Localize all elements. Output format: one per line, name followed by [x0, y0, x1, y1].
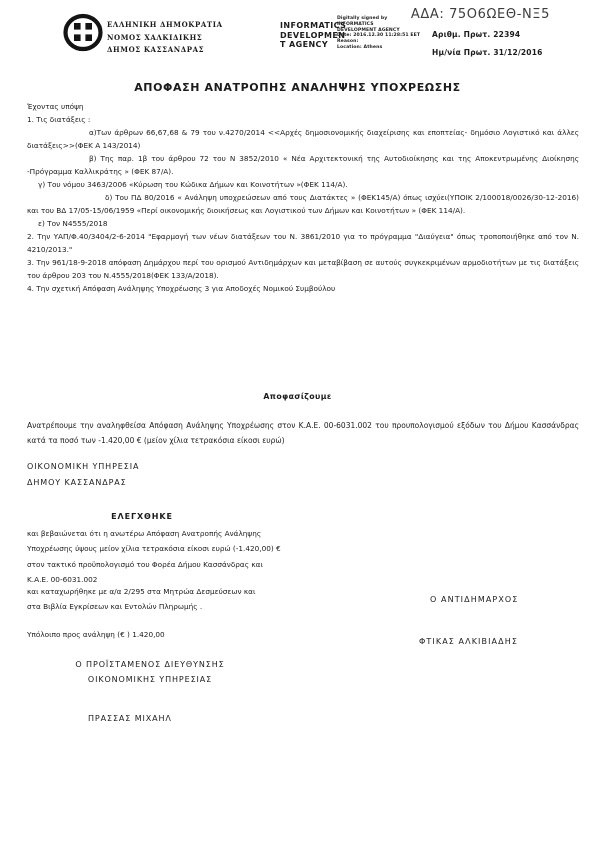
document-page: ΕΛΛΗΝΙΚΗ ΔΗΜΟΚΡΑΤΙΑ ΝΟΜΟΣ ΧΑΛΚΙΔΙΚΗΣ ΔΗΜ…: [0, 0, 595, 842]
finance-director-name: ΠΡΑΣΣΑΣ ΜΙΧΑΗΛ: [88, 714, 172, 723]
finance-director-title-line1: Ο ΠΡΟΪΣΤΑΜΕΝΟΣ ΔΙΕΥΘΥΝΣΗΣ: [50, 658, 250, 673]
finance-director-title-line2: ΟΙΚΟΝΟΜΙΚΗΣ ΥΠΗΡΕΣΙΑΣ: [50, 673, 250, 688]
preamble-item-1a: α)Των άρθρων 66,67,68 & 79 του ν.4270/20…: [27, 126, 579, 152]
org-line-republic: ΕΛΛΗΝΙΚΗ ΔΗΜΟΚΡΑΤΙΑ: [107, 19, 223, 32]
preamble-item-3: 3. Την 961/18-9-2018 απόφαση Δημάρχου πε…: [27, 256, 579, 282]
stamp-line: Location: Athens: [337, 45, 420, 51]
issuing-authority: ΕΛΛΗΝΙΚΗ ΔΗΜΟΚΡΑΤΙΑ ΝΟΜΟΣ ΧΑΛΚΙΔΙΚΗΣ ΔΗΜ…: [107, 19, 223, 57]
preamble-item-1b: β) Της παρ. 1β του άρθρου 72 του Ν 3852/…: [27, 152, 579, 178]
protocol-block: Αριθμ. Πρωτ. 22394 Ημ/νία Πρωτ. 31/12/20…: [432, 26, 543, 61]
document-title: ΑΠΟΦΑΣΗ ΑΝΑΤΡΟΠΗΣ ΑΝΑΛΗΨΗΣ ΥΠΟΧΡΕΩΣΗΣ: [0, 81, 595, 94]
preamble-item-1e: ε) Τον Ν4555/2018: [27, 217, 579, 230]
finance-service-block: ΟΙΚΟΝΟΜΙΚΗ ΥΠΗΡΕΣΙΑ ΔΗΜΟΥ ΚΑΣΣΑΝΔΡΑΣ: [27, 459, 139, 490]
decision-heading: Αποφασίζουμε: [0, 392, 595, 401]
org-line-municipality: ΔΗΜΟΣ ΚΑΣΣΑΝΔΡΑΣ: [107, 44, 223, 57]
preamble-item-1: 1. Τις διατάξεις :: [27, 113, 579, 126]
preamble-item-4: 4. Την σχετική Απόφαση Ανάληψης Υποχρέωσ…: [27, 282, 579, 295]
greek-coat-of-arms-icon: [62, 13, 104, 53]
deputy-mayor-name: ΦΤΙΚΑΣ ΑΛΚΙΒΙΑΔΗΣ: [419, 637, 518, 646]
deputy-mayor-title: Ο ΑΝΤΙΔΗΜΑΡΧΟΣ: [430, 595, 518, 604]
preamble-item-2: 2. Την ΥΑΠ/Φ.40/3404/2-6-2014 "Εφαρμογή …: [27, 230, 579, 256]
decision-body: Ανατρέπουμε την αναληφθείσα Απόφαση Ανάλ…: [27, 418, 579, 448]
finance-service-line1: ΟΙΚΟΝΟΜΙΚΗ ΥΠΗΡΕΣΙΑ: [27, 459, 139, 475]
protocol-number: Αριθμ. Πρωτ. 22394: [432, 26, 543, 44]
balance-remaining-text: Υπόλοιπο προς ανάληψη (€ ) 1.420,00: [27, 630, 165, 639]
preamble-item-1c: γ) Του νόμου 3463/2006 «Κύρωση του Κώδικ…: [27, 178, 579, 191]
finance-director-title: Ο ΠΡΟΪΣΤΑΜΕΝΟΣ ΔΙΕΥΘΥΝΣΗΣ ΟΙΚΟΝΟΜΙΚΗΣ ΥΠ…: [50, 658, 250, 687]
org-line-prefecture: ΝΟΜΟΣ ΧΑΛΚΙΔΙΚΗΣ: [107, 32, 223, 45]
ada-code: ΑΔΑ: 75Ο6ΩΕΘ-ΝΞ5: [411, 7, 550, 22]
protocol-date: Ημ/νία Πρωτ. 31/12/2016: [432, 44, 543, 62]
checked-label: ΕΛΕΓΧΘΗΚΕ: [27, 512, 257, 521]
finance-service-line2: ΔΗΜΟΥ ΚΑΣΣΑΝΔΡΑΣ: [27, 475, 139, 491]
preamble-intro: Έχοντας υπόψη: [27, 100, 579, 113]
certification-text: και βεβαιώνεται ότι η ανωτέρω Απόφαση Αν…: [27, 526, 283, 587]
registration-text: και καταχωρήθηκε με α/α 2/295 στα Μητρώα…: [27, 585, 259, 614]
preamble-section: Έχοντας υπόψη 1. Τις διατάξεις : α)Των ά…: [27, 100, 579, 295]
digital-signature-stamp: Digitally signed by INFORMATICS DEVELOPM…: [337, 16, 420, 51]
preamble-item-1d: δ) Του ΠΔ 80/2016 « Ανάληψη υποχρεώσεων …: [27, 191, 579, 217]
